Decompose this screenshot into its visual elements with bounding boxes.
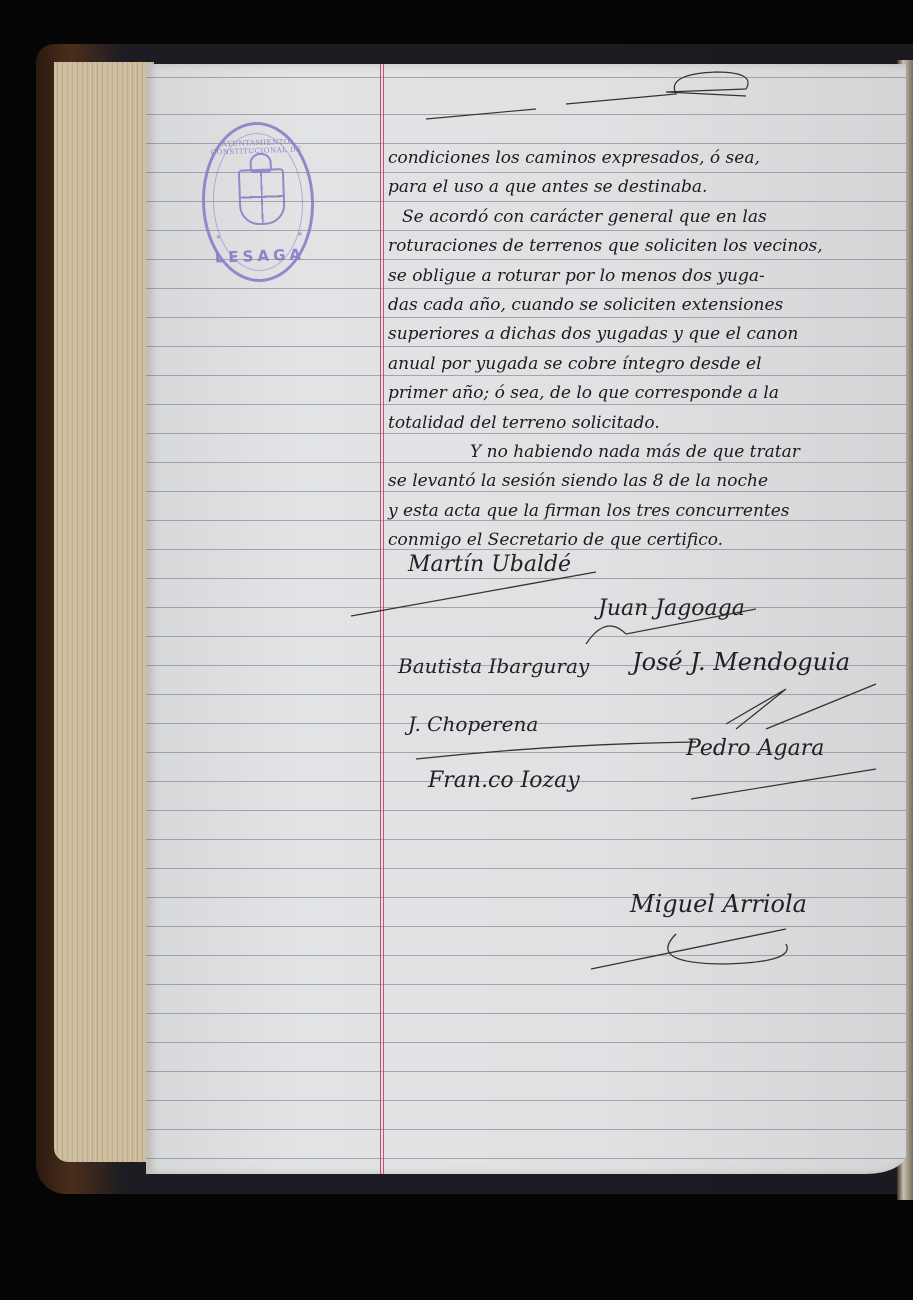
signature-4: José J. Mendoguia [632, 648, 850, 676]
text-line: totalidad del terreno solicitado. [388, 409, 898, 438]
star-icon: * [298, 231, 303, 241]
text-line: superiores a dichas dos yugadas y que el… [388, 320, 898, 349]
text-line: roturaciones de terrenos que soliciten l… [388, 232, 898, 261]
text-line: das cada año, cuando se soliciten extens… [388, 291, 898, 320]
stamp-town-name: LESAGA [207, 245, 314, 267]
text-line: anual por yugada se cobre íntegro desde … [388, 350, 898, 379]
header-flourish [416, 64, 796, 124]
signature-flourish [406, 734, 706, 764]
signature-7: Fran.co Iozay [428, 768, 580, 793]
text-line: se obligue a roturar por lo menos dos yu… [388, 262, 898, 291]
page-edges [54, 62, 154, 1162]
text-line: para el uso a que antes se destinaba. [388, 173, 898, 202]
signature-flourish [686, 754, 886, 804]
coat-of-arms-icon [238, 168, 286, 226]
signature-flourish [706, 674, 886, 734]
text-line: condiciones los caminos expresados, ó se… [388, 144, 898, 173]
signature-flourish [586, 914, 846, 974]
text-line: Se acordó con carácter general que en la… [388, 203, 898, 232]
star-icon: * [216, 234, 221, 244]
ledger-page: AYUNTAMIENTO CONSTITUCIONAL DE * * LESAG… [146, 64, 906, 1174]
signature-5: J. Choperena [408, 712, 538, 736]
text-line: y esta acta que la firman los tres concu… [388, 497, 898, 526]
text-line: Y no habiendo nada más de que tratar [388, 438, 898, 467]
municipal-stamp: AYUNTAMIENTO CONSTITUCIONAL DE * * LESAG… [199, 120, 317, 284]
text-line: primer año; ó sea, de lo que corresponde… [388, 379, 898, 408]
signature-flourish [566, 604, 766, 654]
text-line: se levantó la sesión siendo las 8 de la … [388, 467, 898, 496]
minutes-text: condiciones los caminos expresados, ó se… [388, 144, 898, 555]
signature-3: Bautista Ibarguray [398, 654, 589, 678]
